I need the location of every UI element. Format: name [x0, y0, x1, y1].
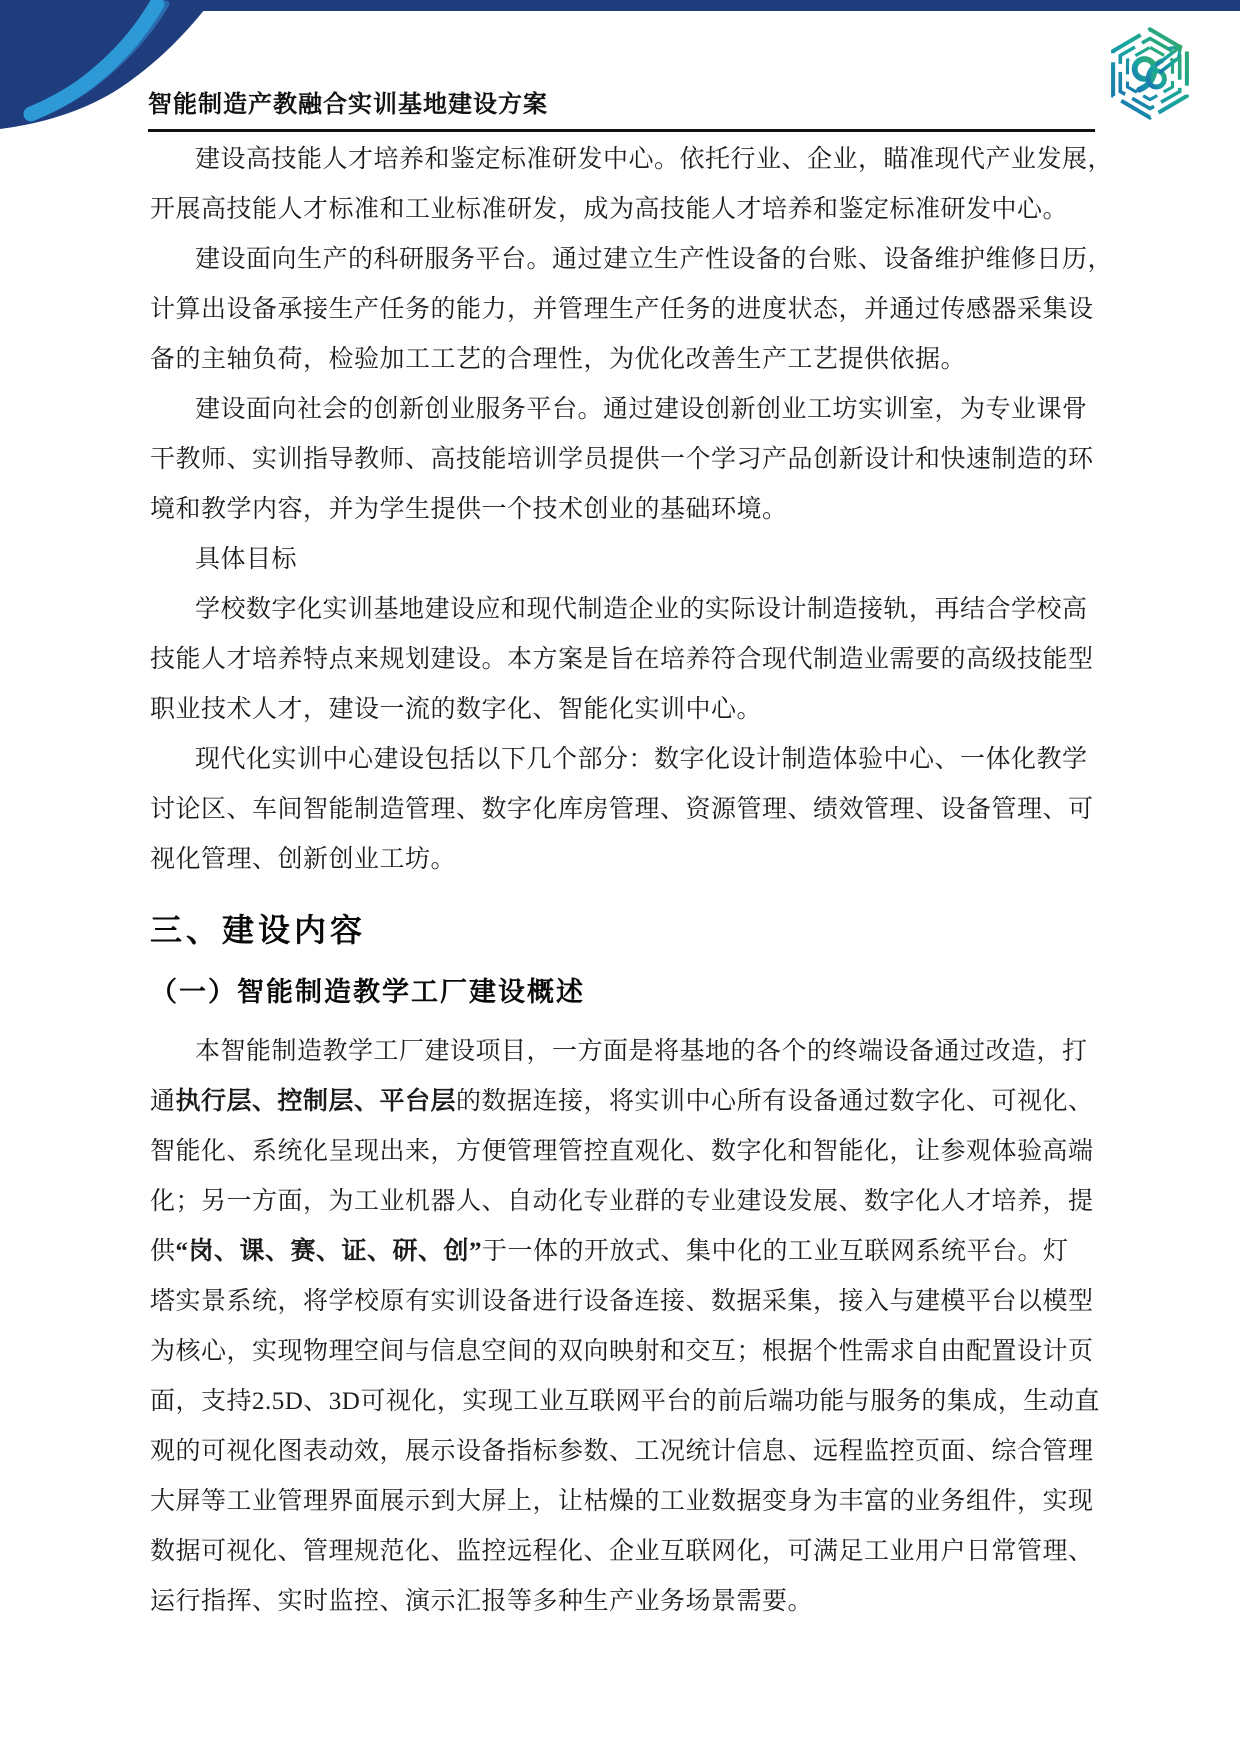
text-line: 备的主轴负荷，检验加工工艺的合理性，为优化改善生产工艺提供依据。: [150, 335, 1110, 385]
text-run: 备的主轴负荷，检验加工工艺的合理性，为优化改善生产工艺提供依据。: [150, 346, 966, 373]
text-run: 面，支持2.5D、3D可视化，实现工业互联网平台的前后端功能与服务的集成，生动直: [150, 1388, 1100, 1415]
text-line: 为核心，实现物理空间与信息空间的双向映射和交互；根据个性需求自由配置设计页: [150, 1327, 1110, 1377]
text-line: 建设高技能人才培养和鉴定标准研发中心。依托行业、企业，瞄准现代产业发展，: [150, 135, 1110, 185]
text-run: 具体目标: [195, 546, 297, 573]
document-body: 建设高技能人才培养和鉴定标准研发中心。依托行业、企业，瞄准现代产业发展，开展高技…: [150, 135, 1110, 1627]
text-line: 观的可视化图表动效，展示设备指标参数、工况统计信息、远程监控页面、综合管理: [150, 1427, 1110, 1477]
text-line: 面，支持2.5D、3D可视化，实现工业互联网平台的前后端功能与服务的集成，生动直: [150, 1377, 1110, 1427]
text-run: 境和教学内容，并为学生提供一个技术创业的基础环境。: [150, 496, 788, 523]
text-line: 学校数字化实训基地建设应和现代制造企业的实际设计制造接轨，再结合学校高: [150, 585, 1110, 635]
text-line: 技能人才培养特点来规划建设。本方案是旨在培养符合现代制造业需要的高级技能型: [150, 635, 1110, 685]
text-run: 建设面向社会的创新创业服务平台。通过建设创新创业工坊实训室，为专业课骨: [195, 396, 1088, 423]
text-run: 通: [150, 1088, 176, 1115]
text-run: 大屏等工业管理界面展示到大屏上，让枯燥的工业数据变身为丰富的业务组件，实现: [150, 1488, 1094, 1515]
paragraph: 本智能制造教学工厂建设项目，一方面是将基地的各个的终端设备通过改造，打通执行层、…: [150, 1027, 1110, 1627]
text-run: 观的可视化图表动效，展示设备指标参数、工况统计信息、远程监控页面、综合管理: [150, 1438, 1094, 1465]
text-line: 职业技术人才，建设一流的数字化、智能化实训中心。: [150, 685, 1110, 735]
text-line: 智能化、系统化呈现出来，方便管理管控直观化、数字化和智能化，让参观体验高端: [150, 1127, 1110, 1177]
text-line: 开展高技能人才标准和工业标准研发，成为高技能人才培养和鉴定标准研发中心。: [150, 185, 1110, 235]
text-line: 运行指挥、实时监控、演示汇报等多种生产业务场景需要。: [150, 1577, 1110, 1627]
text-run: 供: [150, 1238, 176, 1265]
page-title: 智能制造产教融合实训基地建设方案: [148, 84, 548, 119]
text-run: 开展高技能人才标准和工业标准研发，成为高技能人才培养和鉴定标准研发中心。: [150, 196, 1068, 223]
text-line: 大屏等工业管理界面展示到大屏上，让枯燥的工业数据变身为丰富的业务组件，实现: [150, 1477, 1110, 1527]
title-underline: [148, 129, 1095, 132]
text-line: 本智能制造教学工厂建设项目，一方面是将基地的各个的终端设备通过改造，打: [150, 1027, 1110, 1077]
text-run: 视化管理、创新创业工坊。: [150, 846, 456, 873]
paragraph: 现代化实训中心建设包括以下几个部分：数字化设计制造体验中心、一体化教学讨论区、车…: [150, 735, 1110, 885]
text-run: 本智能制造教学工厂建设项目，一方面是将基地的各个的终端设备通过改造，打: [195, 1038, 1088, 1065]
paragraph: 建设面向生产的科研服务平台。通过建立生产性设备的台账、设备维护维修日历，计算出设…: [150, 235, 1110, 385]
text-run: 的数据连接，将实训中心所有设备通过数字化、可视化、: [456, 1088, 1094, 1115]
text-line: 化；另一方面，为工业机器人、自动化专业群的专业建设发展、数字化人才培养，提: [150, 1177, 1110, 1227]
text-line: 具体目标: [150, 535, 1110, 585]
text-run: 学校数字化实训基地建设应和现代制造企业的实际设计制造接轨，再结合学校高: [195, 596, 1088, 623]
text-run: 智能化、系统化呈现出来，方便管理管控直观化、数字化和智能化，让参观体验高端: [150, 1138, 1094, 1165]
text-run: 于一体的开放式、集中化的工业互联网系统平台。灯: [482, 1238, 1069, 1265]
text-line: 塔实景系统，将学校原有实训设备进行设备连接、数据采集，接入与建模平台以模型: [150, 1277, 1110, 1327]
text-line: 建设面向生产的科研服务平台。通过建立生产性设备的台账、设备维护维修日历，: [150, 235, 1110, 285]
paragraph: 学校数字化实训基地建设应和现代制造企业的实际设计制造接轨，再结合学校高技能人才培…: [150, 585, 1110, 735]
bold-text-run: “岗、课、赛、证、研、创”: [176, 1238, 483, 1265]
section-heading: 三、建设内容: [150, 907, 1110, 953]
text-line: 讨论区、车间智能制造管理、数字化库房管理、资源管理、绩效管理、设备管理、可: [150, 785, 1110, 835]
text-line: 干教师、实训指导教师、高技能培训学员提供一个学习产品创新设计和快速制造的环: [150, 435, 1110, 485]
subsection-heading: （一）智能制造教学工厂建设概述: [150, 971, 1110, 1013]
text-run: 塔实景系统，将学校原有实训设备进行设备连接、数据采集，接入与建模平台以模型: [150, 1288, 1094, 1315]
text-line: 现代化实训中心建设包括以下几个部分：数字化设计制造体验中心、一体化教学: [150, 735, 1110, 785]
text-run: 为核心，实现物理空间与信息空间的双向映射和交互；根据个性需求自由配置设计页: [150, 1338, 1094, 1365]
text-run: 职业技术人才，建设一流的数字化、智能化实训中心。: [150, 696, 762, 723]
text-run: 建设面向生产的科研服务平台。通过建立生产性设备的台账、设备维护维修日历，: [195, 246, 1113, 273]
text-run: 计算出设备承接生产任务的能力，并管理生产任务的进度状态，并通过传感器采集设: [150, 296, 1094, 323]
text-run: 数据可视化、管理规范化、监控远程化、企业互联网化，可满足工业用户日常管理、: [150, 1538, 1094, 1565]
text-run: 化；另一方面，为工业机器人、自动化专业群的专业建设发展、数字化人才培养，提: [150, 1188, 1094, 1215]
text-run: 讨论区、车间智能制造管理、数字化库房管理、资源管理、绩效管理、设备管理、可: [150, 796, 1094, 823]
text-run: 建设高技能人才培养和鉴定标准研发中心。依托行业、企业，瞄准现代产业发展，: [195, 146, 1113, 173]
bold-text-run: 执行层、控制层、平台层: [176, 1088, 457, 1115]
paragraph: 建设高技能人才培养和鉴定标准研发中心。依托行业、企业，瞄准现代产业发展，开展高技…: [150, 135, 1110, 235]
text-line: 境和教学内容，并为学生提供一个技术创业的基础环境。: [150, 485, 1110, 535]
text-run: 现代化实训中心建设包括以下几个部分：数字化设计制造体验中心、一体化教学: [195, 746, 1088, 773]
text-run: 技能人才培养特点来规划建设。本方案是旨在培养符合现代制造业需要的高级技能型: [150, 646, 1094, 673]
paragraph: 具体目标: [150, 535, 1110, 585]
text-run: 运行指挥、实时监控、演示汇报等多种生产业务场景需要。: [150, 1588, 813, 1615]
text-line: 建设面向社会的创新创业服务平台。通过建设创新创业工坊实训室，为专业课骨: [150, 385, 1110, 435]
text-run: 干教师、实训指导教师、高技能培训学员提供一个学习产品创新设计和快速制造的环: [150, 446, 1094, 473]
document-page: 智能制造产教融合实训基地建设方案 建设高技能人才培养和鉴定标准研发中心。依托行业…: [0, 0, 1240, 1753]
text-line: 视化管理、创新创业工坊。: [150, 835, 1110, 885]
text-line: 通执行层、控制层、平台层的数据连接，将实训中心所有设备通过数字化、可视化、: [150, 1077, 1110, 1127]
paragraph: 建设面向社会的创新创业服务平台。通过建设创新创业工坊实训室，为专业课骨干教师、实…: [150, 385, 1110, 535]
text-line: 数据可视化、管理规范化、监控远程化、企业互联网化，可满足工业用户日常管理、: [150, 1527, 1110, 1577]
brand-logo-icon: [1105, 26, 1195, 121]
text-line: 计算出设备承接生产任务的能力，并管理生产任务的进度状态，并通过传感器采集设: [150, 285, 1110, 335]
text-line: 供“岗、课、赛、证、研、创”于一体的开放式、集中化的工业互联网系统平台。灯: [150, 1227, 1110, 1277]
